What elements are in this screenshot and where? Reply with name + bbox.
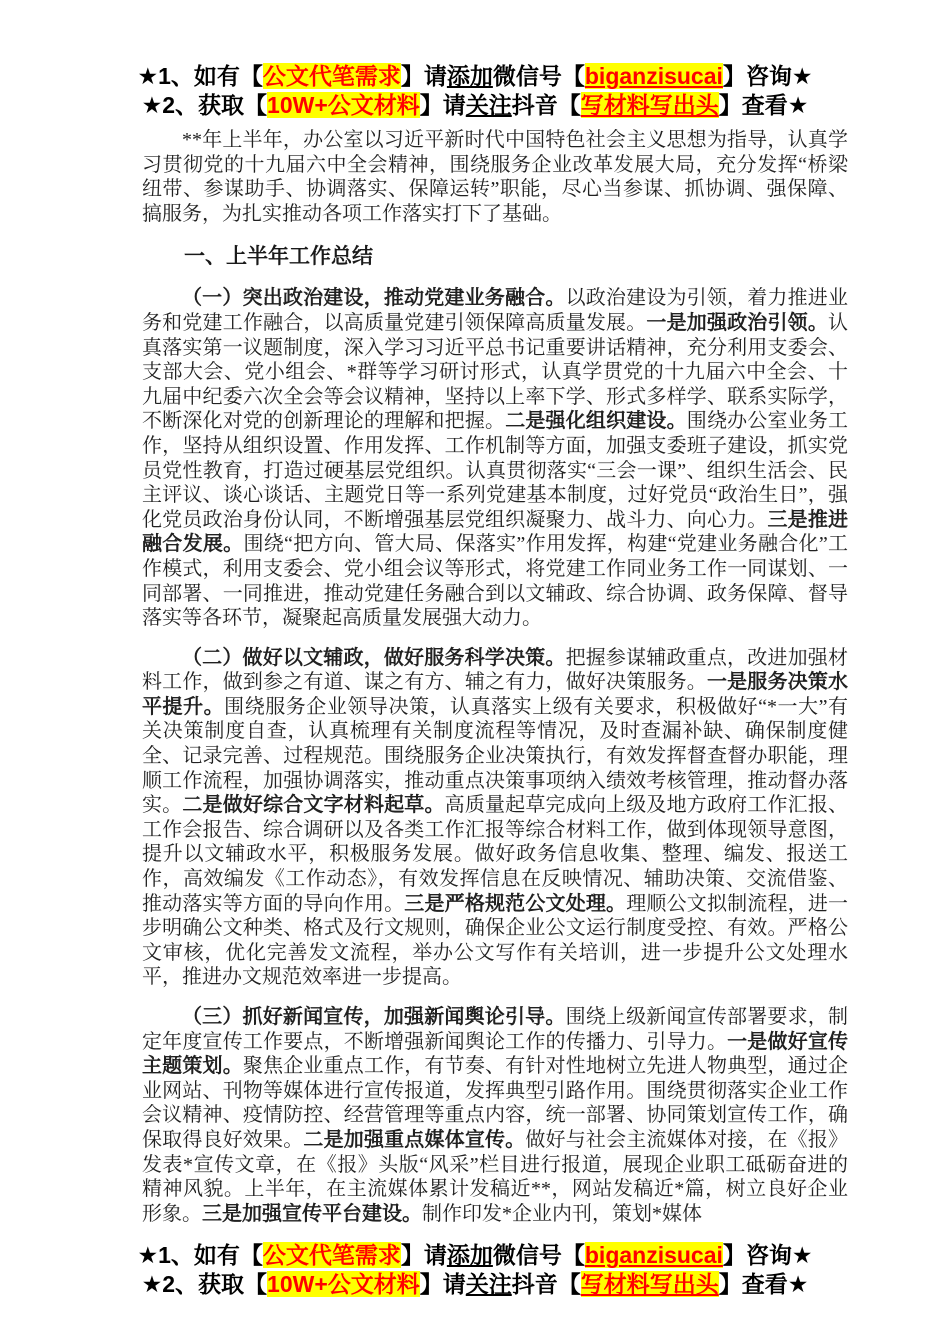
promo-footer-line-2: ★2、获取【10W+公文材料】请关注抖音【写材料写出头】查看★ [0, 1270, 950, 1299]
promo-highlight-materials: 10W+公文材料 [267, 92, 420, 118]
bold-run: 二是做好综合文字材料起草。 [182, 794, 444, 816]
promo-text: 抖音【 [512, 1271, 581, 1297]
promo-header-line-1: ★1、如有【公文代笔需求】请添加微信号【biganzisucai】咨询★ [0, 62, 950, 91]
paragraph-news-publicity: （三）抓好新闻宣传，加强新闻舆论引导。围绕上级新闻宣传部署要求，制定年度宣传工作… [142, 1005, 848, 1226]
promo-text: 】查看★ [719, 92, 809, 118]
promo-text: 微信号【 [493, 63, 585, 89]
promo-text: 】请 [420, 92, 466, 118]
text-run: 制作印发*企业内刊，策划*媒体 [422, 1203, 702, 1225]
promo-header-line-2: ★2、获取【10W+公文材料】请关注抖音【写材料写出头】查看★ [0, 91, 950, 120]
paragraph-document-service: （二）做好以文辅政，做好服务科学决策。把握参谋辅政重点，改进加强材料工作，做到参… [142, 646, 848, 990]
promo-text: ★2、获取【 [142, 1271, 267, 1297]
bold-run: （三）抓好新闻宣传，加强新闻舆论引导。 [182, 1006, 566, 1028]
promo-footer-line-1: ★1、如有【公文代笔需求】请添加微信号【biganzisucai】咨询★ [0, 1241, 950, 1270]
document-page: ★1、如有【公文代笔需求】请添加微信号【biganzisucai】咨询★ ★2、… [0, 0, 950, 1344]
promo-text: ★1、如有【 [137, 1242, 262, 1268]
promo-douyin-id: 写材料写出头 [581, 1271, 719, 1297]
bold-run: 三是加强宣传平台建设。 [202, 1203, 422, 1225]
bold-run: 三是严格规范公文处理。 [404, 893, 626, 915]
promo-text: 】查看★ [719, 1271, 809, 1297]
promo-text: 】咨询★ [723, 1242, 813, 1268]
bold-run: 一是加强政治引领。 [646, 312, 828, 334]
promo-action-follow: 关注 [466, 1271, 512, 1297]
promo-text: 】咨询★ [723, 63, 813, 89]
text-run: **年上半年，办公室以习近平新时代中国特色社会主义思想为指导，认真学习贯彻党的十… [142, 129, 848, 225]
promo-text: ★1、如有【 [137, 63, 262, 89]
paragraph-party-building: （一）突出政治建设，推动党建业务融合。以政治建设为引领，着力推进业务和党建工作融… [142, 286, 848, 630]
promo-action-add: 添加 [447, 1242, 493, 1268]
promo-action-add: 添加 [447, 63, 493, 89]
promo-text: 微信号【 [493, 1242, 585, 1268]
promo-highlight-writing-service: 公文代笔需求 [263, 63, 401, 89]
promo-text: 】请 [420, 1271, 466, 1297]
section-heading: 一、上半年工作总结 [142, 244, 848, 270]
intro-paragraph: **年上半年，办公室以习近平新时代中国特色社会主义思想为指导，认真学习贯彻党的十… [142, 128, 848, 226]
promo-footer: ★1、如有【公文代笔需求】请添加微信号【biganzisucai】咨询★ ★2、… [0, 1241, 950, 1299]
bold-run: 二是强化组织建设。 [505, 410, 687, 432]
text-run: 围绕“把方向、管大局、保落实”作用发挥，构建“党建业务融合化”工作模式，利用支委… [142, 533, 848, 629]
promo-text: ★2、获取【 [142, 92, 267, 118]
promo-wechat-id: biganzisucai [585, 1242, 723, 1268]
promo-text: 抖音【 [512, 92, 581, 118]
promo-douyin-id: 写材料写出头 [581, 92, 719, 118]
promo-highlight-materials: 10W+公文材料 [267, 1271, 420, 1297]
bold-run: （二）做好以文辅政，做好服务科学决策。 [182, 647, 566, 669]
promo-action-follow: 关注 [466, 92, 512, 118]
promo-header: ★1、如有【公文代笔需求】请添加微信号【biganzisucai】咨询★ ★2、… [0, 62, 950, 120]
bold-run: （一）突出政治建设，推动党建业务融合。 [182, 287, 566, 309]
promo-text: 】请 [401, 63, 447, 89]
promo-wechat-id: biganzisucai [585, 63, 723, 89]
bold-run: 二是加强重点媒体宣传。 [303, 1129, 525, 1151]
promo-text: 】请 [401, 1242, 447, 1268]
promo-highlight-writing-service: 公文代笔需求 [263, 1242, 401, 1268]
